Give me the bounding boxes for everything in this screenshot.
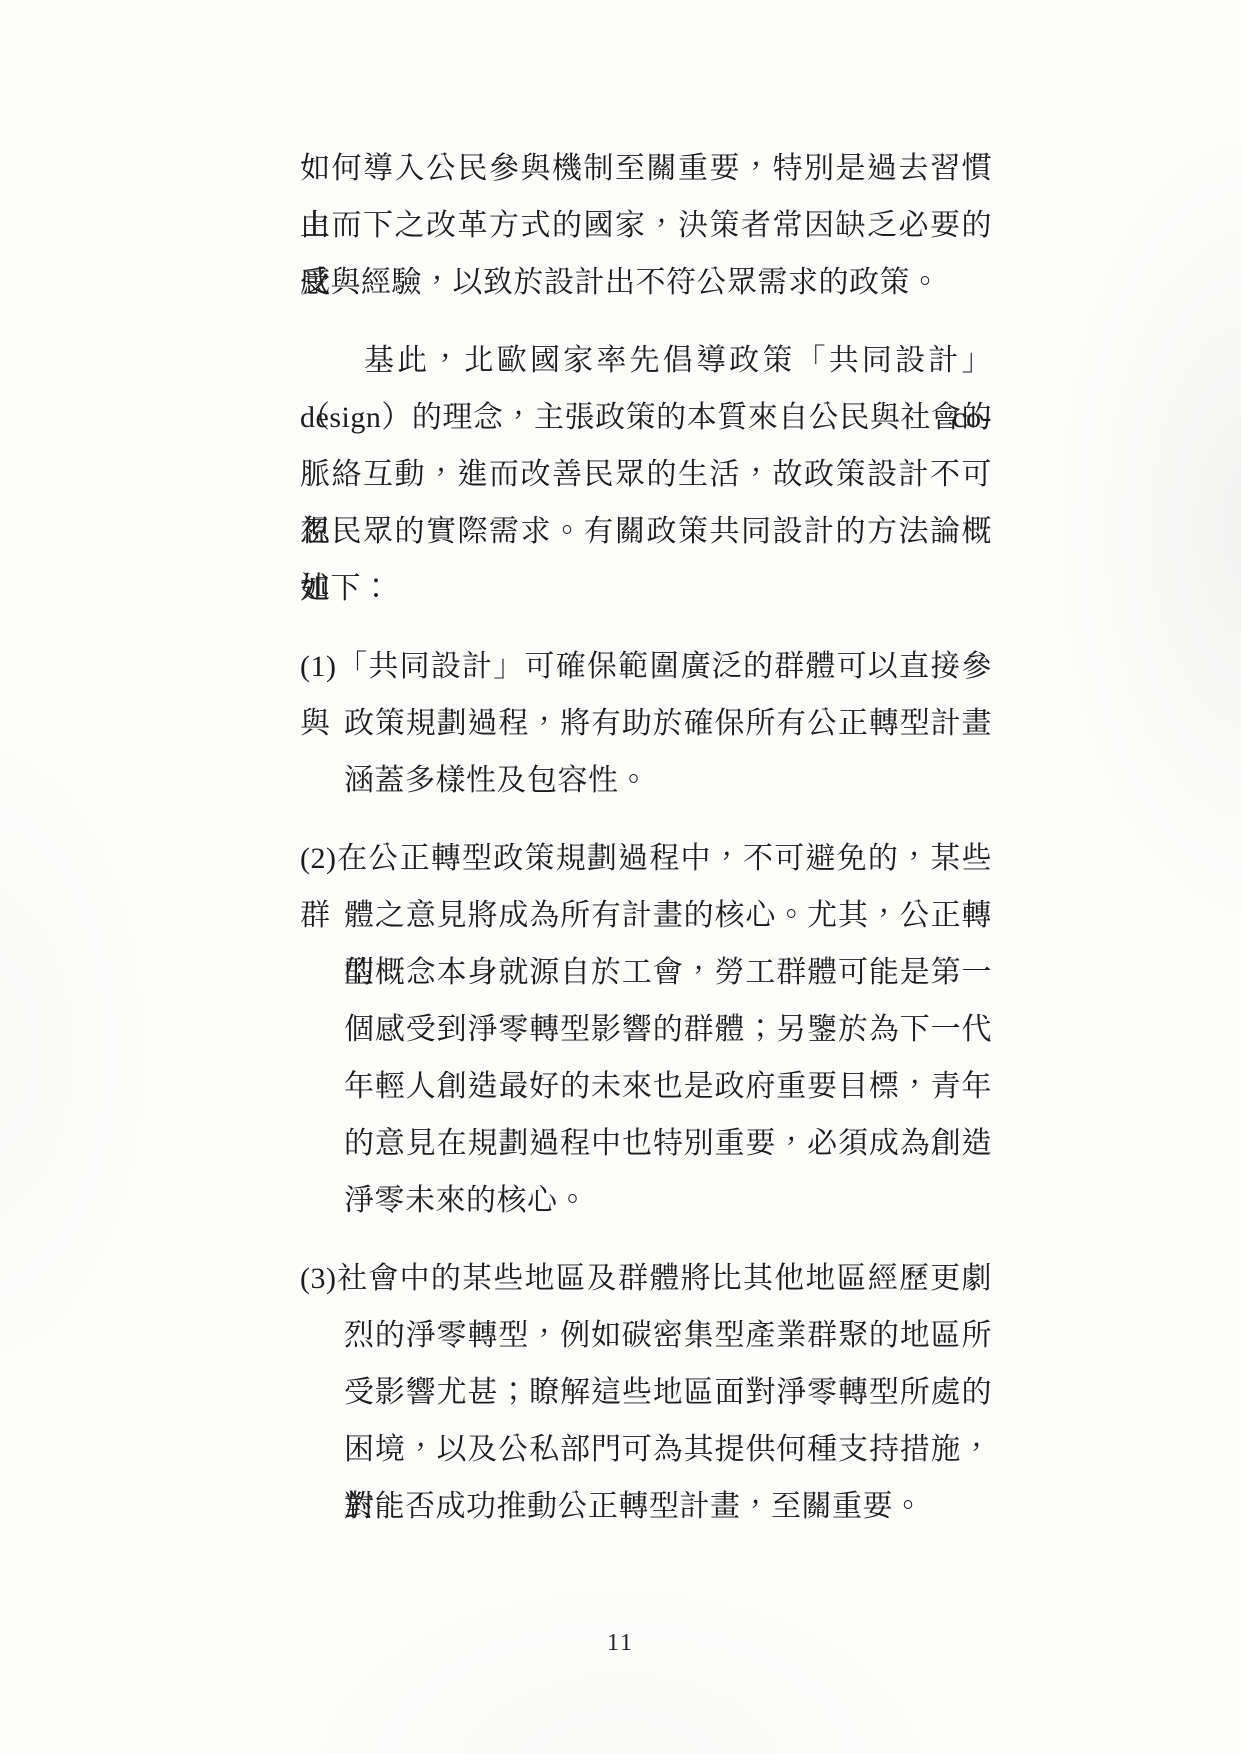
text-line: 困境，以及公私部門可為其提供何種支持措施，對 xyxy=(300,1421,992,1478)
text-line: 受影響尤甚；瞭解這些地區面對淨零轉型所處的 xyxy=(300,1364,992,1421)
text-line: 基此，北歐國家率先倡導政策「共同設計」（co- xyxy=(300,332,992,389)
paragraph-2: 基此，北歐國家率先倡導政策「共同設計」（co- design）的理念，主張政策的… xyxy=(300,332,992,617)
text-line: design）的理念，主張政策的本質來自公民與社會的 xyxy=(300,389,992,446)
text-line: 烈的淨零轉型，例如碳密集型產業群聚的地區所 xyxy=(300,1307,992,1364)
list-item-3: (3)社會中的某些地區及群體將比其他地區經歷更劇 烈的淨零轉型，例如碳密集型產業… xyxy=(300,1250,992,1535)
scanned-document-page: 如何導入公民參與機制至關重要，特別是過去習慣由 上而下之改革方式的國家，決策者常… xyxy=(0,0,1241,1754)
text-line: 的概念本身就源自於工會，勞工群體可能是第一 xyxy=(300,944,992,1001)
text-line: 視民眾的實際需求。有關政策共同設計的方法論概述 xyxy=(300,503,992,560)
text-line: 淨零未來的核心。 xyxy=(300,1172,992,1229)
text-column: 如何導入公民參與機制至關重要，特別是過去習慣由 上而下之改革方式的國家，決策者常… xyxy=(300,140,992,1556)
text-line: 如下： xyxy=(300,560,992,617)
list-item-1: (1)「共同設計」可確保範圍廣泛的群體可以直接參與 政策規劃過程，將有助於確保所… xyxy=(300,638,992,809)
text-line: (3)社會中的某些地區及群體將比其他地區經歷更劇 xyxy=(300,1250,992,1307)
text-line: 脈絡互動，進而改善民眾的生活，故政策設計不可忽 xyxy=(300,446,992,503)
text-line: (2)在公正轉型政策規劃過程中，不可避免的，某些群 xyxy=(300,830,992,887)
text-line: 上而下之改革方式的國家，決策者常因缺乏必要的感 xyxy=(300,197,992,254)
text-line: 年輕人創造最好的未來也是政府重要目標，青年 xyxy=(300,1058,992,1115)
text-line: 個感受到淨零轉型影響的群體；另鑒於為下一代 xyxy=(300,1001,992,1058)
text-line: 涵蓋多樣性及包容性。 xyxy=(300,752,992,809)
text-line: (1)「共同設計」可確保範圍廣泛的群體可以直接參與 xyxy=(300,638,992,695)
text-line: 受與經驗，以致於設計出不符公眾需求的政策。 xyxy=(300,254,992,311)
text-line: 於能否成功推動公正轉型計畫，至關重要。 xyxy=(300,1478,992,1535)
text-line: 體之意見將成為所有計畫的核心。尤其，公正轉型 xyxy=(300,887,992,944)
page-number: 11 xyxy=(0,1628,1241,1658)
text-line: 如何導入公民參與機制至關重要，特別是過去習慣由 xyxy=(300,140,992,197)
list-item-2: (2)在公正轉型政策規劃過程中，不可避免的，某些群 體之意見將成為所有計畫的核心… xyxy=(300,830,992,1229)
text-line: 政策規劃過程，將有助於確保所有公正轉型計畫 xyxy=(300,695,992,752)
paragraph-1: 如何導入公民參與機制至關重要，特別是過去習慣由 上而下之改革方式的國家，決策者常… xyxy=(300,140,992,311)
text-line: 的意見在規劃過程中也特別重要，必須成為創造 xyxy=(300,1115,992,1172)
